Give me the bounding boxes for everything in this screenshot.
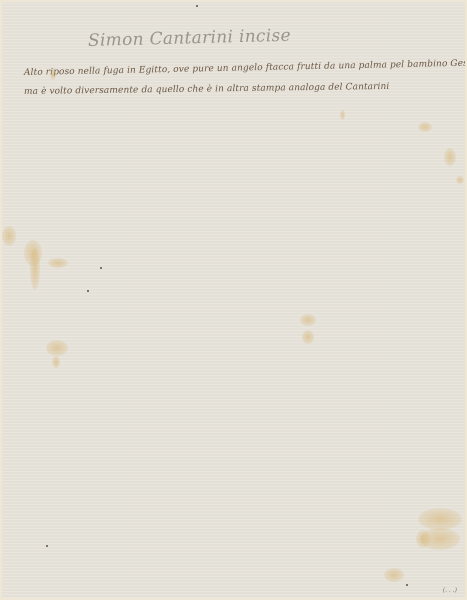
stain-left-6 [52,356,60,368]
stain-bottom-right-4 [384,568,404,582]
speck-4 [196,5,198,7]
engraver-title: Simon Cantarini incise [88,26,291,51]
corner-annotation: (. . .) [443,587,457,594]
stain-center [300,314,316,326]
stain-left-2 [24,240,42,266]
stain-right-1 [418,122,432,132]
stain-right-3 [456,176,464,184]
speck-2 [87,290,89,292]
manuscript-sheet: Simon Cantarini incise Alto riposo nella… [2,2,465,598]
stain-bottom-right-1 [418,508,462,530]
stain-left-5 [46,340,68,356]
stain-mid-right-dot [340,110,345,120]
stain-left-3 [30,248,40,290]
speck-1 [100,267,102,269]
stain-right-2 [444,148,456,166]
stain-left-4 [48,258,68,268]
stain-center-2 [302,330,314,344]
stain-bottom-right-2 [420,528,460,550]
stain-left-1 [2,226,16,246]
handwritten-line-2: ma è volto diversamente da quello che è … [24,82,390,97]
handwritten-line-1: Alto riposo nella fuga in Egitto, ove pu… [24,59,465,78]
stain-bottom-right-3 [416,530,430,548]
speck-5 [406,584,408,586]
speck-3 [46,545,48,547]
